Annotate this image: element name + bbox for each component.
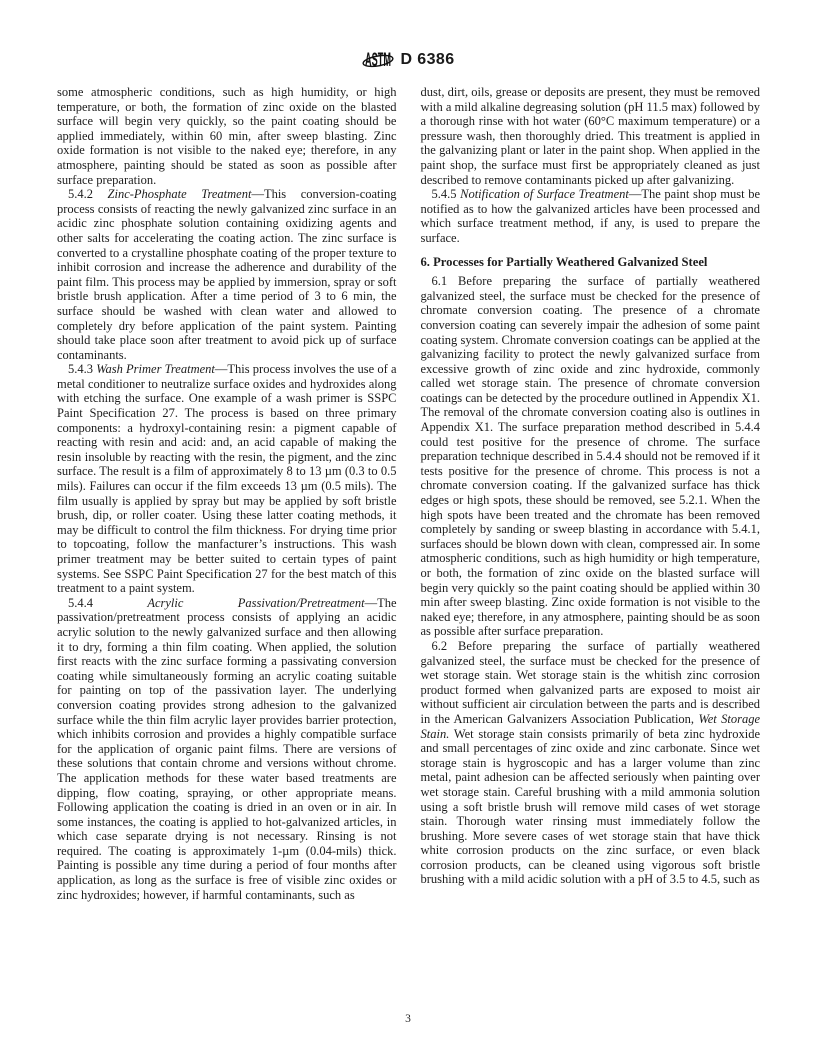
text-run: dust, dirt, oils, grease or deposits are… — [421, 85, 761, 187]
text-run: 5.4.2 — [68, 187, 108, 201]
text-run: some atmospheric conditions, such as hig… — [57, 85, 397, 187]
text-run: 6.1 Before preparing the surface of part… — [421, 274, 761, 638]
document-code: D 6386 — [401, 51, 455, 69]
page-header: ASTM D 6386 — [0, 0, 816, 74]
text-run: Wash Primer Treatment — [96, 362, 215, 376]
svg-text:ASTM: ASTM — [365, 49, 391, 71]
right-column: dust, dirt, oils, grease or deposits are… — [421, 85, 761, 902]
page-number: 3 — [405, 1013, 411, 1025]
text-run: 5.4.4 — [68, 596, 147, 610]
paragraph: dust, dirt, oils, grease or deposits are… — [421, 85, 761, 187]
text-run: Zinc-Phosphate Treatment — [108, 187, 252, 201]
page-footer: 3 — [0, 1013, 816, 1025]
paragraph: 6.2 Before preparing the surface of part… — [421, 639, 761, 887]
text-run: —This process involves the use of a meta… — [57, 362, 397, 595]
paragraph: 6.1 Before preparing the surface of part… — [421, 274, 761, 639]
paragraph: some atmospheric conditions, such as hig… — [57, 85, 397, 187]
left-column: some atmospheric conditions, such as hig… — [57, 85, 397, 902]
text-run: Notification of Surface Treatment — [460, 187, 629, 201]
two-column-body: some atmospheric conditions, such as hig… — [57, 85, 760, 902]
text-run: 6. Processes for Partially Weathered Gal… — [421, 255, 708, 269]
paragraph: 5.4.3 Wash Primer Treatment—This process… — [57, 362, 397, 596]
text-run: 5.4.5 — [432, 187, 461, 201]
text-run: 5.4.3 — [68, 362, 96, 376]
text-run: —This conversion-coating process consist… — [57, 187, 397, 362]
section-heading: 6. Processes for Partially Weathered Gal… — [421, 255, 761, 270]
paragraph: 5.4.4 Acrylic Passivation/Pretreatment—T… — [57, 596, 397, 902]
paragraph: 5.4.2 Zinc-Phosphate Treatment—This conv… — [57, 187, 397, 362]
text-run: —The passivation/pretreatment process co… — [57, 596, 397, 902]
document-page: ASTM D 6386 some atmospheric conditions,… — [0, 0, 816, 1056]
astm-logo-icon: ASTM — [362, 47, 394, 73]
text-run: Wet storage stain consists primarily of … — [421, 727, 761, 887]
text-run: Acrylic Passivation/Pretreatment — [147, 596, 364, 610]
paragraph: 5.4.5 Notification of Surface Treatment—… — [421, 187, 761, 245]
